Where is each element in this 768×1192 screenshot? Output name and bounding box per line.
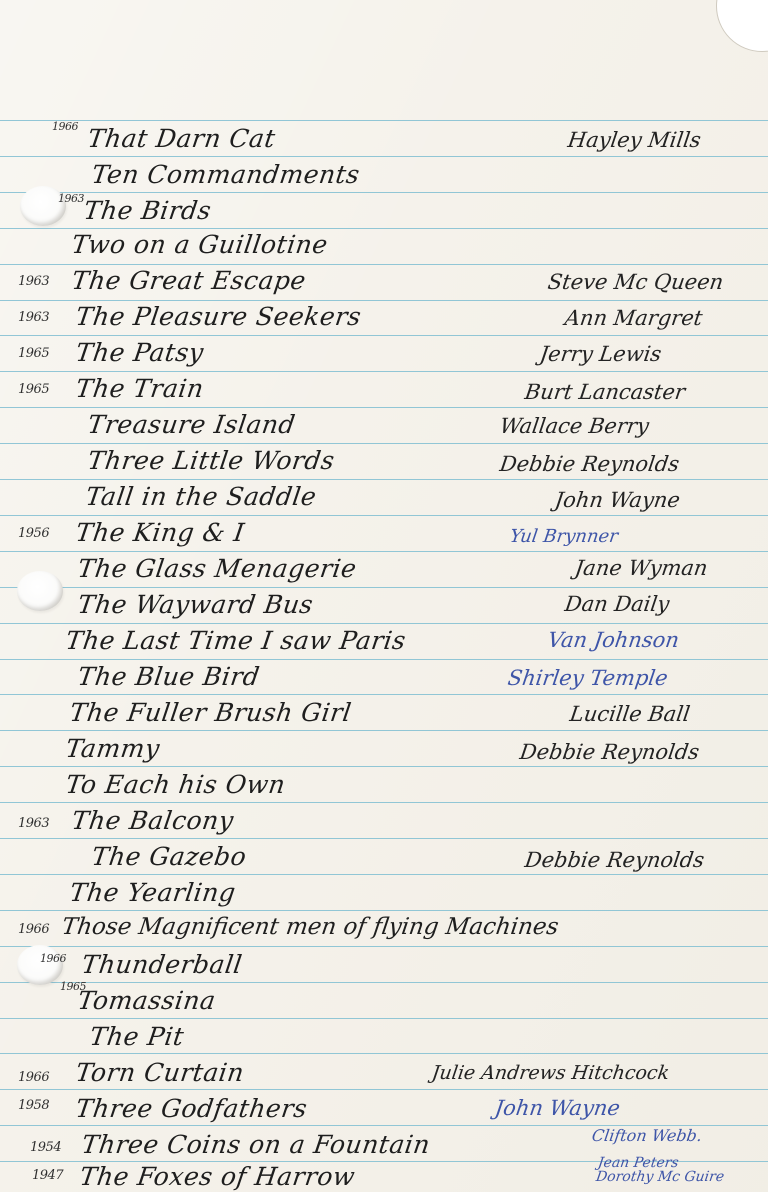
rule-line: [0, 982, 768, 983]
movie-title: Three Little Words: [86, 446, 337, 475]
actor-name: Dorothy Mc Guire: [595, 1170, 725, 1184]
movie-title: To Each his Own: [64, 770, 287, 799]
actor-name: Lucille Ball: [568, 702, 691, 726]
movie-title: Tall in the Saddle: [84, 482, 318, 511]
movie-title: The Birds: [82, 196, 213, 225]
actor-name: Burt Lancaster: [523, 380, 686, 404]
movie-title: The Balcony: [70, 806, 236, 835]
year-label: 1947: [32, 1168, 63, 1183]
actor-name: Van Johnson: [546, 628, 680, 652]
rule-line: [0, 228, 768, 229]
rule-line: [0, 551, 768, 552]
movie-title: Treasure Island: [86, 410, 297, 439]
movie-title: That Darn Cat: [86, 124, 277, 153]
rule-line: [0, 874, 768, 875]
notebook-page: 1966That Darn CatHayley MillsTen Command…: [0, 0, 768, 1192]
rule-line: [0, 659, 768, 660]
rule-line: [0, 802, 768, 803]
rule-line: [0, 407, 768, 408]
rule-line: [0, 371, 768, 372]
actor-name: Julie Andrews Hitchcock: [430, 1062, 670, 1084]
movie-title: The Gazebo: [90, 842, 248, 871]
year-label: 1965: [18, 346, 49, 361]
rule-line: [0, 120, 768, 121]
actor-name: John Wayne: [553, 488, 681, 512]
rule-line: [0, 910, 768, 911]
actor-name: Wallace Berry: [498, 414, 650, 438]
movie-title: Three Coins on a Fountain: [80, 1130, 432, 1159]
actor-name: Debbie Reynolds: [518, 740, 701, 764]
actor-name: Debbie Reynolds: [523, 848, 706, 872]
movie-title: Three Godfathers: [74, 1094, 309, 1123]
movie-title: The Great Escape: [70, 266, 308, 295]
rule-line: [0, 192, 768, 193]
punch-hole-bottom: [17, 945, 63, 985]
year-label: 1963: [18, 274, 49, 289]
movie-title: Two on a Guillotine: [70, 230, 330, 259]
actor-name: Jerry Lewis: [538, 342, 663, 366]
movie-title: The Fuller Brush Girl: [68, 698, 353, 727]
year-label: 1956: [18, 526, 49, 541]
actor-name: Clifton Webb.: [591, 1126, 704, 1145]
movie-title: Ten Commandments: [90, 160, 362, 189]
rule-line: [0, 766, 768, 767]
rule-line: [0, 156, 768, 157]
rule-line: [0, 1053, 768, 1054]
actor-name: Ann Margret: [563, 306, 704, 330]
year-label: 1954: [30, 1140, 61, 1155]
list-item: 1947The Foxes of HarrowJean PetersDoroth…: [0, 0, 768, 36]
rule-line: [0, 946, 768, 947]
movie-title: The Last Time I saw Paris: [64, 626, 408, 655]
movie-title: Those Magnificent men of flying Machines: [60, 914, 560, 940]
movie-title: The Glass Menagerie: [76, 554, 359, 583]
year-label: 1966: [40, 952, 66, 965]
movie-title: Tammy: [64, 734, 162, 763]
rule-line: [0, 587, 768, 588]
year-label: 1963: [18, 816, 49, 831]
rule-line: [0, 335, 768, 336]
rule-line: [0, 1018, 768, 1019]
rule-line: [0, 479, 768, 480]
movie-title: Torn Curtain: [74, 1058, 246, 1087]
movie-title: Thunderball: [80, 950, 244, 979]
actor-name: Shirley Temple: [506, 666, 669, 690]
rule-line: [0, 443, 768, 444]
rule-line: [0, 838, 768, 839]
movie-title: The Blue Bird: [76, 662, 262, 691]
movie-title: The Patsy: [74, 338, 206, 367]
rule-line: [0, 300, 768, 301]
movie-title: The Wayward Bus: [76, 590, 315, 619]
actor-names: Jean PetersDorothy Mc Guire: [595, 1156, 727, 1184]
rule-line: [0, 694, 768, 695]
rule-line: [0, 1089, 768, 1090]
actor-name: Jane Wyman: [573, 556, 709, 580]
movie-title: The Yearling: [68, 878, 238, 907]
movie-title: The Foxes of Harrow: [78, 1162, 357, 1191]
movie-title: The Train: [74, 374, 206, 403]
punch-hole-middle: [17, 571, 63, 611]
movie-title: The Pleasure Seekers: [74, 302, 363, 331]
actor-name: Dan Daily: [563, 592, 671, 616]
rule-line: [0, 264, 768, 265]
actor-name: Steve Mc Queen: [546, 270, 725, 294]
actor-name: Debbie Reynolds: [498, 452, 681, 476]
year-label: 1966: [18, 922, 49, 937]
movie-title: Tomassina: [76, 986, 218, 1015]
rule-line: [0, 515, 768, 516]
actor-name: Hayley Mills: [566, 128, 702, 152]
year-label: 1965: [18, 382, 49, 397]
year-label: 1963: [58, 192, 84, 205]
year-label: 1966: [52, 120, 78, 133]
rule-line: [0, 623, 768, 624]
year-label: 1963: [18, 310, 49, 325]
movie-title: The Pit: [88, 1022, 186, 1051]
year-label: 1966: [18, 1070, 49, 1085]
year-label: 1958: [18, 1098, 49, 1113]
movie-title: The King & I: [74, 518, 246, 547]
rule-line: [0, 730, 768, 731]
actor-name: John Wayne: [493, 1096, 621, 1120]
actor-name: Yul Brynner: [509, 526, 620, 547]
actor-name: Jean Peters: [597, 1156, 727, 1170]
